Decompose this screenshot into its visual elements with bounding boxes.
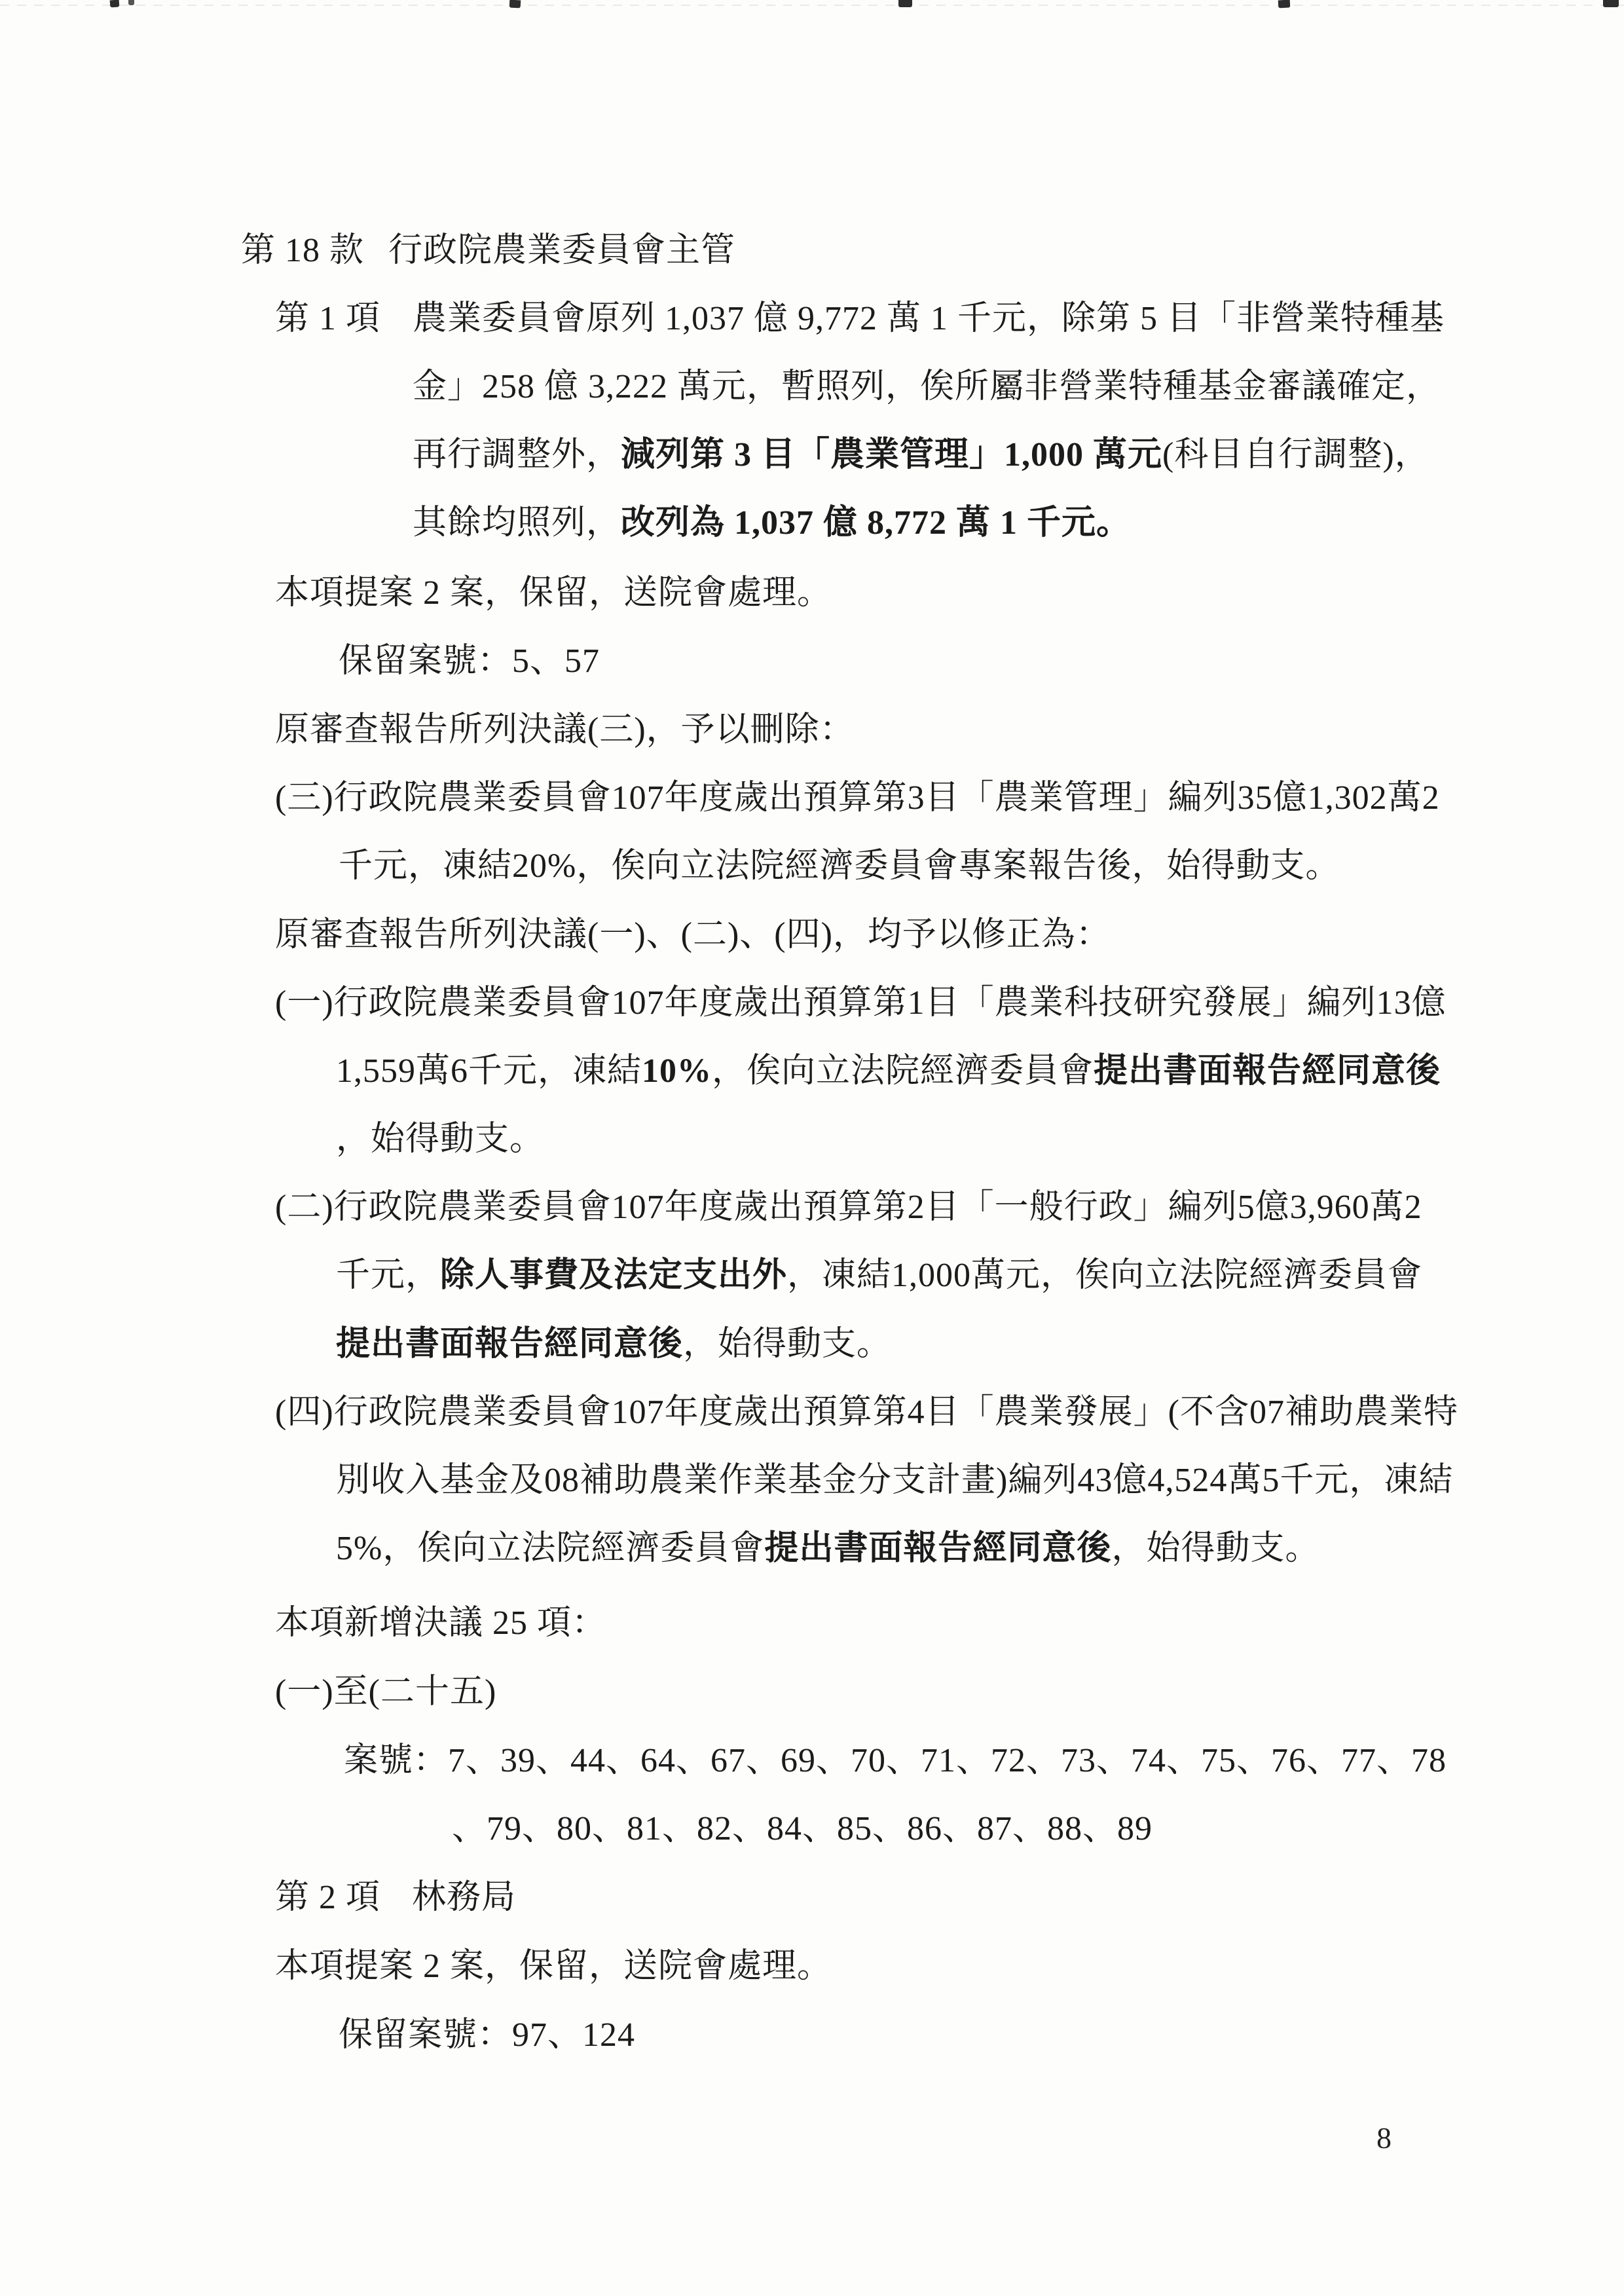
- item-1-revised-amount-bold-text: 改列為 1,037 億 8,772 萬 1 千元。: [621, 504, 1131, 542]
- case-numbers-line-2: 、79、80、81、82、84、85、86、87、88、89: [452, 1809, 1153, 1849]
- case-numbers-line-1: 案號：7、39、44、64、67、69、70、71、72、73、74、75、76…: [344, 1741, 1447, 1781]
- resolution-2-exclusion-bold-text: 除人事費及法定支出外: [440, 1257, 787, 1294]
- item-2-number: 第 2 項: [275, 1878, 412, 1917]
- resolution-3-line-2: 千元，凍結20%，俟向立法院經濟委員會專案報告後，始得動支。: [339, 847, 1340, 886]
- item-1-text-line-3: 再行調整外，減列第 3 目「農業管理」1,000 萬元(科目自行調整)，: [413, 435, 1430, 475]
- resolution-1-line-2-middle: ，俟向立法院經濟委員會: [712, 1052, 1094, 1090]
- item-1-text-line-4-regular: 其餘均照列，: [413, 504, 621, 542]
- item-1-retained-case-numbers: 保留案號：5、57: [339, 642, 600, 681]
- resolutions-range-line: (一)至(二十五): [275, 1673, 496, 1712]
- item-1-text-line-1: 農業委員會原列 1,037 億 9,772 萬 1 千元，除第 5 目「非營業特…: [413, 300, 1445, 337]
- scanned-document-page: 第 18 款行政院農業委員會主管 第 1 項農業委員會原列 1,037 億 9,…: [0, 0, 1624, 2296]
- section-18-title: 行政院農業委員會主管: [388, 232, 735, 269]
- resolution-3-line-1: (三)行政院農業委員會107年度歲出預算第3目「農業管理」編列35億1,302萬…: [275, 779, 1440, 818]
- scan-artifact: [110, 0, 120, 7]
- item-2-retained-case-numbers: 保留案號：97、124: [339, 2016, 635, 2055]
- item-1-text-line-2: 金」258 億 3,222 萬元，暫照列，俟所屬非營業特種基金審議確定，: [413, 367, 1441, 407]
- resolution-3-deletion-intro: 原審查報告所列決議(三)，予以刪除：: [275, 711, 855, 750]
- scan-artifact: [128, 0, 134, 5]
- resolution-1-line-2: 1,559萬6千元，凍結10%，俟向立法院經濟委員會提出書面報告經同意後: [336, 1052, 1441, 1091]
- item-2-heading: 第 2 項林務局: [275, 1878, 516, 1917]
- resolution-4-report-bold-text: 提出書面報告經同意後: [764, 1530, 1111, 1567]
- scan-edge-line: [0, 5, 1624, 6]
- resolution-1-line-1: (一)行政院農業委員會107年度歲出預算第1目「農業科技研究發展」編列13億: [275, 984, 1447, 1023]
- scan-artifact: [1603, 0, 1619, 7]
- item-1-proposals-line: 本項提案 2 案，保留，送院會處理。: [275, 574, 832, 613]
- page-number: 8: [1376, 2120, 1392, 2155]
- resolution-4-line-3-regular: 5%，俟向立法院經濟委員會: [336, 1530, 764, 1567]
- scan-artifact: [1278, 0, 1291, 8]
- resolution-2-line-3: 提出書面報告經同意後，始得動支。: [336, 1325, 891, 1364]
- resolution-1-freeze-percent-bold: 10%: [642, 1052, 712, 1090]
- scan-artifact: [898, 0, 912, 7]
- resolution-2-line-1: (二)行政院農業委員會107年度歲出預算第2目「一般行政」編列5億3,960萬2: [275, 1188, 1422, 1227]
- resolution-4-line-3-tail: ，始得動支。: [1111, 1530, 1319, 1567]
- resolution-1-line-3: ，始得動支。: [336, 1120, 544, 1159]
- item-1-number: 第 1 項: [275, 299, 413, 339]
- item-1-text-line-4: 其餘均照列，改列為 1,037 億 8,772 萬 1 千元。: [413, 504, 1131, 543]
- resolution-4-line-2: 別收入基金及08補助農業作業基金分支計畫)編列43億4,524萬5千元，凍結: [336, 1461, 1453, 1500]
- resolution-2-line-3-tail: ，始得動支。: [683, 1325, 891, 1363]
- resolution-2-report-bold-text: 提出書面報告經同意後: [336, 1325, 683, 1363]
- item-1-heading-line: 第 1 項農業委員會原列 1,037 億 9,772 萬 1 千元，除第 5 目…: [275, 299, 1445, 339]
- section-18-heading: 第 18 款行政院農業委員會主管: [241, 231, 735, 270]
- resolution-1-line-2-regular: 1,559萬6千元，凍結: [336, 1052, 642, 1090]
- resolution-2-line-2-tail: ，凍結1,000萬元，俟向立法院經濟委員會: [787, 1257, 1422, 1294]
- resolution-1-report-bold-text: 提出書面報告經同意後: [1094, 1052, 1441, 1090]
- resolution-2-line-2-regular: 千元，: [336, 1257, 440, 1294]
- section-18-number: 第 18 款: [241, 231, 388, 270]
- item-2-proposals-line: 本項提案 2 案，保留，送院會處理。: [275, 1947, 832, 1986]
- new-resolutions-count-line: 本項新增決議 25 項：: [275, 1604, 606, 1643]
- resolutions-revision-intro: 原審查報告所列決議(一)、(二)、(四)，均予以修正為：: [275, 916, 1111, 955]
- item-1-text-line-3-regular: 再行調整外，: [413, 436, 621, 473]
- resolution-2-line-2: 千元，除人事費及法定支出外，凍結1,000萬元，俟向立法院經濟委員會: [336, 1256, 1422, 1295]
- item-1-reduction-bold-text: 減列第 3 目「農業管理」1,000 萬元: [621, 436, 1162, 473]
- scan-artifact: [509, 0, 521, 8]
- item-2-title: 林務局: [412, 1879, 516, 1916]
- resolution-4-line-3: 5%，俟向立法院經濟委員會提出書面報告經同意後，始得動支。: [336, 1529, 1319, 1568]
- item-1-text-line-3-note: (科目自行調整)，: [1162, 436, 1430, 473]
- resolution-4-line-1: (四)行政院農業委員會107年度歲出預算第4目「農業發展」(不含07補助農業特: [275, 1393, 1458, 1432]
